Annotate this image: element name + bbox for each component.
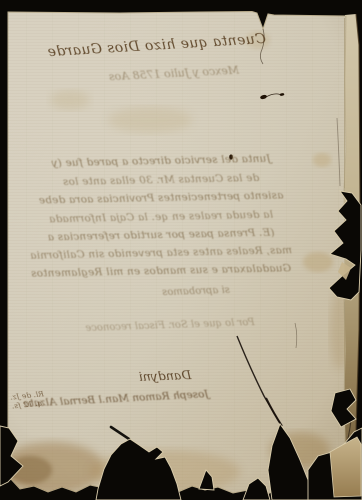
- stain-right-mid: [303, 252, 333, 272]
- stain-right-upper: [313, 153, 331, 167]
- stain-center-smudge: [108, 107, 192, 133]
- stain-upper-left: [50, 90, 90, 110]
- manuscript-scan-page: Cuenta que hizo Dios Guarde Mexco y Juli…: [0, 0, 362, 500]
